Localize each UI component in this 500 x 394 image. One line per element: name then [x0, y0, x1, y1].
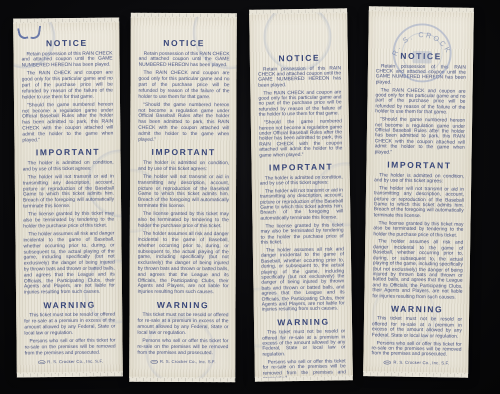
ticket-back-text: NOTICE Retain possession of this RAIN CH… [249, 12, 353, 377]
ticket-stub-4: R. S. CROCKER NOTICE Retain possession o… [363, 10, 474, 374]
warning-paragraph: This ticket must not be resold or offere… [24, 313, 115, 337]
important-paragraph: The holder is admitted on condition, and… [260, 175, 343, 187]
printer-credit: R. S. Crocker Co., Inc. S.F. [25, 359, 116, 365]
important-paragraph: The holder will not transmit or aid in t… [374, 186, 464, 220]
warning-heading: WARNING [24, 299, 115, 310]
printer-credit-text: R. S. Crocker Co., Inc. S.F. [393, 360, 449, 366]
important-paragraph: The holder is admitted on condition, and… [138, 161, 229, 173]
important-heading: IMPORTANT [259, 161, 342, 172]
notice-paragraph: Retain possession of this RAIN CHECK and… [376, 64, 466, 87]
important-paragraph: The holder assumes all risk and danger i… [372, 240, 463, 301]
printer-credit: R. S. Crocker Co., Inc. S.F. [371, 360, 461, 366]
notice-heading: NOTICE [376, 50, 466, 61]
notice-heading: NOTICE [139, 38, 230, 48]
important-heading: IMPORTANT [22, 147, 113, 158]
important-heading: IMPORTANT [374, 159, 464, 170]
printer-credit-text: R. S. Crocker Co., Inc. S.F. [160, 359, 216, 364]
union-bug-icon [383, 360, 391, 364]
notice-paragraph: Retain possession of this RAIN CHECK and… [21, 51, 112, 69]
warning-heading: WARNING [372, 303, 462, 314]
notice-paragraph: The RAIN CHECK and coupon are good only … [22, 71, 113, 101]
notice-paragraph: “Should the game numbered hereon not bec… [22, 102, 113, 144]
printer-credit-text: R. S. Crocker Co., Inc. S.F. [47, 359, 103, 365]
printer-credit: R. S. Crocker Co., Inc. S.F. [137, 359, 228, 364]
warning-heading: WARNING [138, 300, 229, 310]
warning-paragraph: Persons who sell or offer this ticket fo… [371, 341, 461, 359]
notice-paragraph: Retain possession of this RAIN CHECK and… [258, 66, 341, 89]
warning-paragraph: Persons who sell or offer this ticket fo… [137, 339, 228, 357]
notice-paragraph: The RAIN CHECK and coupon are good only … [138, 71, 229, 100]
warning-paragraph: This ticket must not be resold or offere… [372, 317, 462, 340]
notice-heading: NOTICE [258, 52, 341, 63]
important-paragraph: The holder will not transmit or aid in t… [138, 175, 229, 210]
important-paragraph: The holder assumes all risk and danger i… [138, 232, 229, 296]
photo-of-rain-check-ticket-backs: NOTICE Retain possession of this RAIN CH… [0, 0, 500, 394]
ticket-back-text: NOTICE Retain possession of this RAIN CH… [13, 21, 123, 373]
important-paragraph: The license granted by this ticket may a… [260, 223, 343, 246]
warning-paragraph: Persons who sell or offer this ticket fo… [24, 339, 115, 357]
notice-paragraph: “Should the game numbered hereon not bec… [259, 120, 343, 159]
ticket-back-text: R. S. CROCKER NOTICE Retain possession o… [363, 10, 474, 374]
ink-marks [16, 25, 46, 41]
ticket-stub-2: NOTICE Retain possession of this RAIN CH… [129, 17, 237, 378]
important-paragraph: The holder assumes all risk and danger i… [261, 247, 345, 313]
important-paragraph: The holder will not transmit or aid in t… [260, 188, 343, 222]
important-paragraph: The license granted by this ticket may a… [138, 212, 229, 230]
notice-paragraph: “Should the game numbered hereon not bec… [138, 103, 229, 144]
important-paragraph: The holder is admitted on condition, and… [374, 173, 464, 185]
warning-heading: WARNING [262, 316, 345, 327]
important-paragraph: The holder assumes all risk and danger i… [23, 232, 115, 297]
warning-paragraph: This ticket must not be resold or offere… [137, 313, 228, 337]
notice-paragraph: The RAIN CHECK and coupon are good only … [258, 90, 341, 118]
important-heading: IMPORTANT [138, 147, 229, 157]
important-paragraph: The license granted by this ticket may a… [373, 221, 463, 239]
important-paragraph: The license granted by this ticket may a… [23, 212, 114, 230]
notice-paragraph: “Should the game numbered hereon not bec… [375, 117, 466, 156]
important-paragraph: The holder is admitted on condition, and… [23, 160, 114, 173]
ticket-back-text: NOTICE Retain possession of this RAIN CH… [129, 17, 237, 378]
union-bug-icon [150, 359, 158, 363]
union-bug-icon [37, 360, 45, 364]
warning-paragraph: Persons who sell or offer this ticket fo… [263, 359, 346, 378]
warning-paragraph: This ticket must not be resold or offere… [262, 330, 345, 358]
ticket-stub-1: NOTICE Retain possession of this RAIN CH… [13, 21, 123, 373]
notice-paragraph: Retain possession of this RAIN CHECK and… [139, 51, 230, 69]
ticket-stub-3: NOTICE Retain possession of this RAIN CH… [249, 12, 353, 377]
important-paragraph: The holder will not transmit or aid in t… [23, 175, 114, 211]
notice-paragraph: The RAIN CHECK and coupon are good only … [375, 88, 465, 116]
